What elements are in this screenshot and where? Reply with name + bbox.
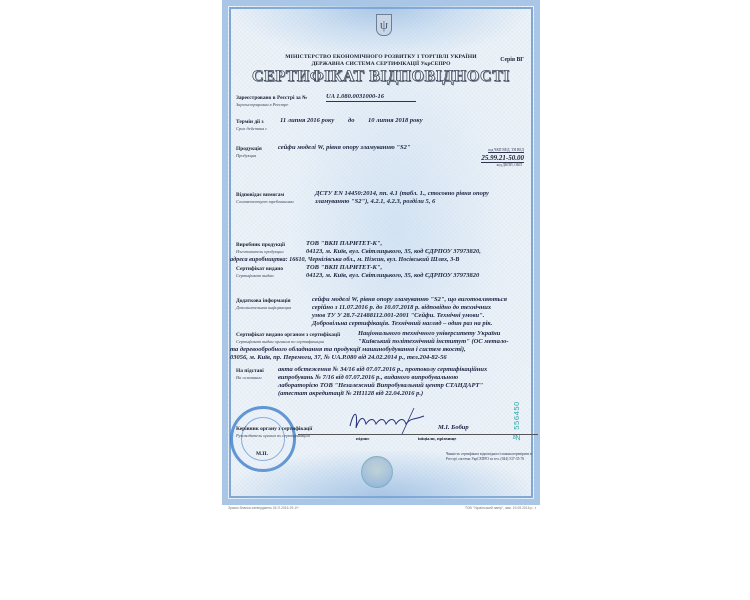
serial-number: № 556450 — [512, 382, 522, 442]
basis-line-3: лабораторією ТОВ "Незалежний Випробуваль… — [278, 382, 483, 390]
system-heading: ДЕРЖАВНА СИСТЕМА СЕРТИФІКАЦІЇ УкрСЕПРО — [228, 61, 534, 67]
additional-info-label: Додаткова інформація — [236, 298, 291, 304]
validity-label: Термін дії з — [236, 119, 264, 125]
product-sublabel: Продукция — [236, 153, 256, 158]
additional-info-sublabel: Дополнительная информация — [236, 305, 291, 310]
ministry-heading: МІНІСТЕРСТВО ЕКОНОМІЧНОГО РОЗВИТКУ І ТОР… — [228, 54, 534, 60]
bottom-ornament — [228, 451, 534, 499]
basis-label: На підставі — [236, 368, 264, 374]
basis-line-4: (атестат акредитації № 2Н1128 від 22.04.… — [278, 390, 423, 398]
manufacturer-line-2: 04123, м. Київ, вул. Світлицького, 35, к… — [306, 248, 481, 256]
issuing-body-line-3: та деревообробного обладнання та продукц… — [230, 346, 466, 354]
signature-icon — [344, 406, 428, 434]
issuing-body-line-2: "Київський політехнічний інститут" (ОС м… — [358, 338, 509, 346]
head-name: М.І. Бобир — [438, 424, 469, 432]
signature-caption: підпис — [356, 436, 370, 441]
certificate-document: ψ МІНІСТЕРСТВО ЕКОНОМІЧНОГО РОЗВИТКУ І Т… — [222, 0, 540, 505]
signature-line — [298, 434, 538, 435]
basis-line-1: акта обстеження № 34/16 від 07.07.2016 р… — [278, 366, 487, 374]
registry-number: UA 1.080.0031000-16 — [326, 93, 416, 102]
head-label: Керівник органу з сертифікації — [236, 426, 312, 432]
additional-info-line-2: серійно з 11.07.2016 р. до 10.07.2018 р.… — [312, 304, 491, 312]
requirements-sublabel: Соответствует требованиям — [236, 199, 294, 204]
basis-line-2: випробувань № 7/16 від 07.07.2016 р., ви… — [278, 374, 458, 382]
registry-sublabel: Зарегистрирован в Реестре — [236, 102, 288, 107]
trident-emblem-icon: ψ — [376, 14, 392, 36]
issued-to-sublabel: Сертификат выдан — [236, 273, 274, 278]
footer-right-note: ТОВ "Український папір", зам. 19.05.2016… — [465, 506, 536, 510]
additional-info-line-4: Добровільна сертифікація. Технічний нагл… — [312, 320, 492, 328]
name-caption: ініціали, прізвище — [418, 436, 456, 441]
issuing-body-sublabel: Сертификат выдан органом по сертификации — [236, 339, 324, 344]
additional-info-line-1: сейфи моделі W, рівня опору зламуванню "… — [312, 296, 507, 304]
manufacturer-line-1: ТОВ "ВКП ПАРИТЕТ-К", — [306, 240, 382, 248]
product-label: Продукція — [236, 146, 262, 152]
requirements-line-1: ДСТУ EN 14450:2014, пп. 4.1 (табл. 1., с… — [315, 190, 489, 198]
validity-sublabel: Срок действия с — [236, 126, 267, 131]
validity-from: 11 липня 2016 року — [280, 117, 334, 125]
registry-label: Зареєстровано в Реєстрі за № — [236, 95, 307, 101]
manufacturer-sublabel: Изготовитель продукции — [236, 249, 284, 254]
issuing-body-line-4: 03056, м. Київ, пр. Перемоги, 37, № UA.P… — [230, 354, 447, 362]
basis-sublabel: На основании — [236, 375, 262, 380]
footer-left-note: Зразок бланка затверджено 04-П.2016 29.1… — [228, 506, 299, 510]
validity-to: 10 липня 2018 року — [368, 117, 423, 125]
additional-info-line-3: умов ТУ У 28.7-21488112.001-2001 "Сейфи.… — [312, 312, 484, 320]
issued-to-line-2: 04123, м. Київ, вул. Світлицького, 35, к… — [306, 272, 479, 280]
product-code-top-label: код ЧКП ВЕД, ТН ВЕД — [488, 148, 524, 153]
issuing-body-line-1: Національного технічного університету Ук… — [358, 330, 500, 338]
series-label: Серія ВГ — [500, 57, 524, 63]
requirements-label: Відповідає вимогам — [236, 192, 284, 198]
manufacturer-line-3: адреса виробництва: 16610, Чернігівська … — [230, 256, 459, 264]
certificate-title: СЕРТИФІКАТ ВІДПОВІДНОСТІ — [228, 68, 534, 86]
issued-to-line-1: ТОВ "ВКП ПАРИТЕТ-К", — [306, 264, 382, 272]
manufacturer-label: Виробник продукції — [236, 242, 285, 248]
product-code: 25.99.21-50.00 — [481, 154, 524, 163]
issued-to-label: Сертифікат видано — [236, 266, 283, 272]
requirements-line-2: зламуванню "S2"), 4.2.1, 4.2.3, розділи … — [315, 198, 435, 206]
validity-to-word: до — [348, 117, 354, 125]
product-code-bottom-label: код ДКПП, ОКП — [497, 163, 522, 167]
product-value: сейфи моделі W, рівня опору зламуванню "… — [278, 144, 410, 152]
issuing-body-label: Сертифікат видано органом з сертифікації — [236, 332, 340, 338]
